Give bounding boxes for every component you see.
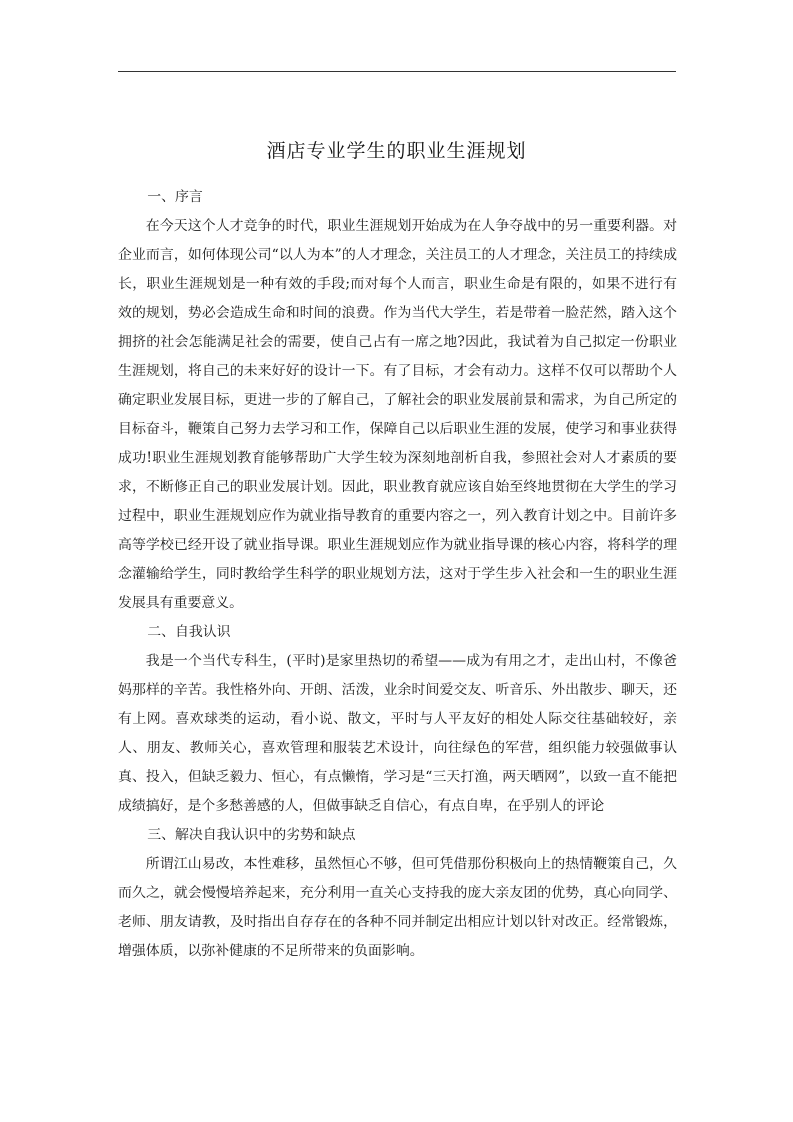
section-heading-preface: 一、序言: [118, 183, 677, 212]
document-body: 一、序言 在今天这个人才竞争的时代，职业生涯规划开始成为在人争夺战中的另一重要利…: [118, 183, 677, 966]
section-heading-weaknesses: 三、解决自我认识中的劣势和缺点: [118, 821, 677, 850]
paragraph-self-awareness: 我是一个当代专科生，(平时)是家里热切的希望——成为有用之才，走出山村，不像爸妈…: [118, 647, 677, 821]
paragraph-weaknesses: 所谓江山易改，本性难移，虽然恒心不够，但可凭借那份积极向上的热情鞭策自己，久而久…: [118, 850, 677, 966]
section-heading-self-awareness: 二、自我认识: [118, 618, 677, 647]
header-rule: [118, 71, 676, 72]
paragraph-preface: 在今天这个人才竞争的时代，职业生涯规划开始成为在人争夺战中的另一重要利器。对企业…: [118, 212, 677, 618]
document-title: 酒店专业学生的职业生涯规划: [0, 136, 793, 163]
